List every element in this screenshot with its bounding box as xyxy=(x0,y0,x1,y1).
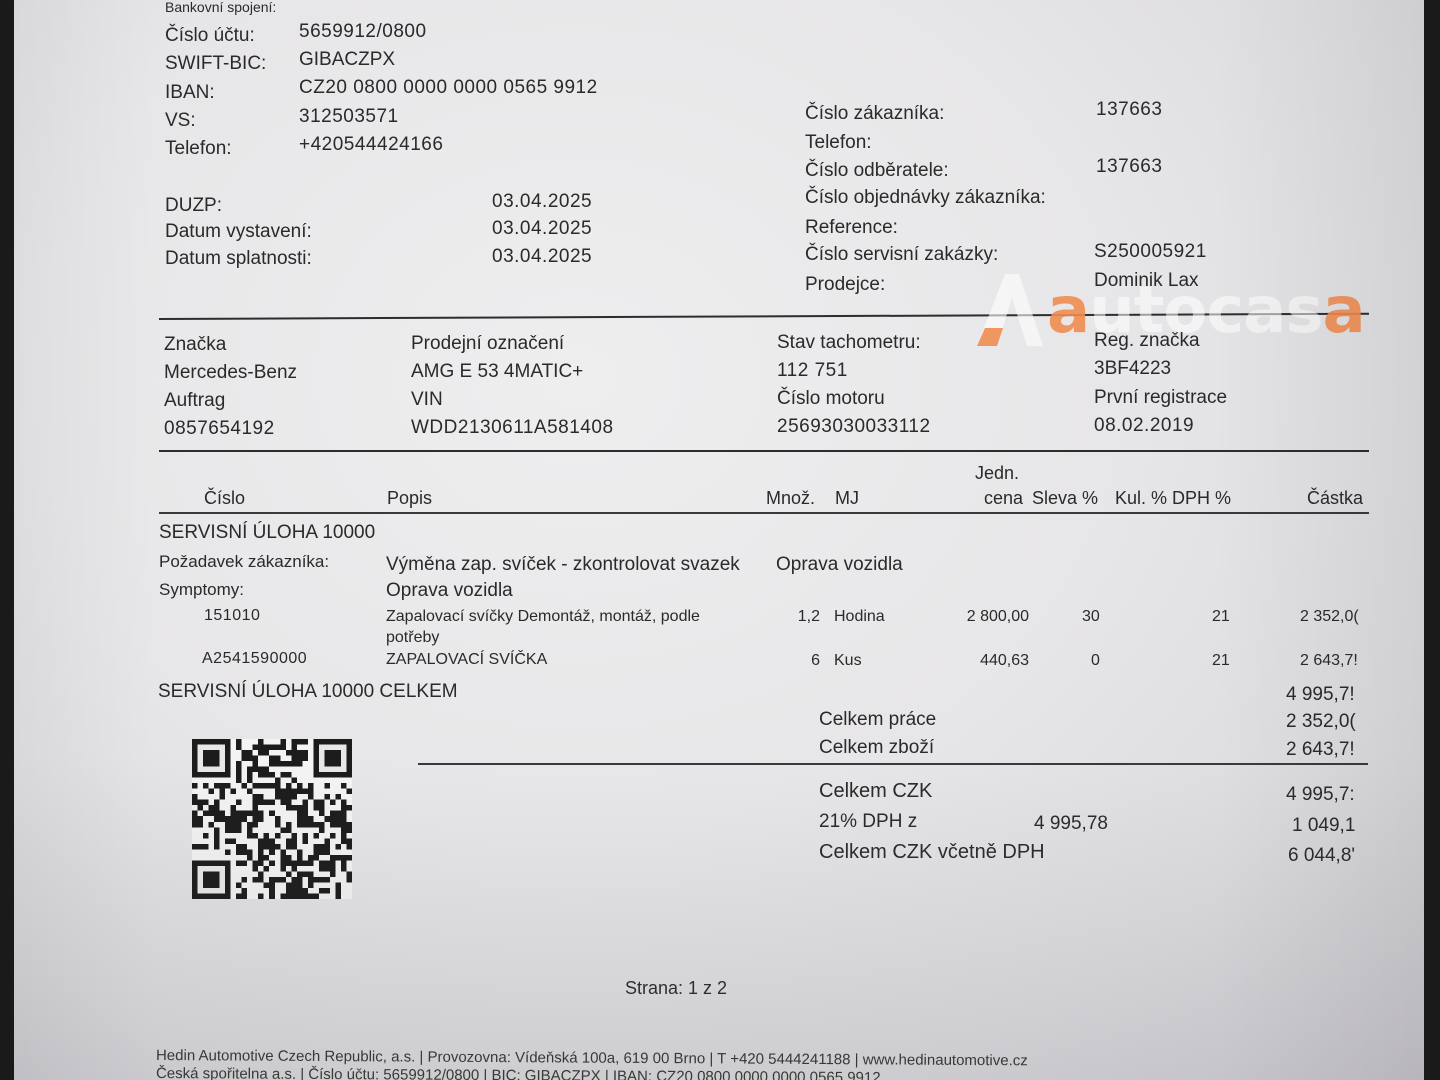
customer-label-order: Číslo objednávky zákazníka: xyxy=(805,188,1046,207)
date-value-issued: 03.04.2025 xyxy=(492,219,592,238)
divider-vehicle-bottom xyxy=(159,450,1369,452)
customer-label-service-order: Číslo servisní zakázky: xyxy=(805,245,998,264)
vehicle-auftrag-value: 0857654192 xyxy=(164,419,275,438)
row1-popis: Zapalovací svíčky Demontáž, montáž, podl… xyxy=(386,609,700,625)
row1-dph: 21 xyxy=(1212,609,1230,625)
customer-label-number: Číslo zákazníka: xyxy=(805,104,944,123)
row1-popis-2: potřeby xyxy=(386,630,439,646)
vehicle-model-label: Prodejní označení xyxy=(411,334,564,353)
vehicle-engine-label: Číslo motoru xyxy=(777,389,885,408)
col-header-dph: DPH % xyxy=(1172,489,1231,507)
goods-total-label: Celkem zboží xyxy=(819,738,934,757)
row1-castka: 2 352,0( xyxy=(1300,609,1359,625)
customer-label-phone: Telefon: xyxy=(805,133,872,152)
request-value-2: Oprava vozidla xyxy=(776,555,903,574)
vehicle-auftrag-label: Auftrag xyxy=(164,391,225,410)
date-value-due: 03.04.2025 xyxy=(492,247,592,266)
bank-label-swift: SWIFT-BIC: xyxy=(165,54,266,73)
row2-popis: ZAPALOVACÍ SVÍČKA xyxy=(386,652,547,668)
col-header-castka: Částka xyxy=(1307,489,1363,507)
col-header-cislo: Číslo xyxy=(204,489,245,507)
row1-sleva: 30 xyxy=(1082,609,1100,625)
col-header-jedn: Jedn. xyxy=(975,464,1019,482)
bank-value-iban: CZ20 0800 0000 0000 0565 9912 xyxy=(299,78,598,97)
vehicle-odometer-value: 112 751 xyxy=(777,361,848,380)
row2-mnoz: 6 xyxy=(754,653,820,669)
vehicle-vin-label: VIN xyxy=(411,390,443,409)
vehicle-brand-label: Značka xyxy=(164,335,226,354)
date-label-issued: Datum vystavení: xyxy=(165,222,312,241)
gross-total-value: 6 044,8' xyxy=(1288,846,1355,865)
request-value: Výměna zap. svíček - zkontrolovat svazek xyxy=(386,555,740,574)
row2-castka: 2 643,7! xyxy=(1300,653,1358,669)
bank-value-phone: +420544424166 xyxy=(299,135,443,154)
divider-totals xyxy=(418,763,1368,765)
vehicle-odometer-label: Stav tachometru: xyxy=(777,333,921,352)
task-total-value: 4 995,7! xyxy=(1286,685,1355,704)
labor-total-value: 2 352,0( xyxy=(1286,712,1356,731)
task-title: SERVISNÍ ÚLOHA 10000 xyxy=(159,523,375,542)
vat-base: 4 995,78 xyxy=(1034,814,1108,833)
col-header-cena: cena xyxy=(984,489,1023,507)
row2-cislo: A2541590000 xyxy=(202,651,307,667)
vehicle-first-reg-value: 08.02.2019 xyxy=(1094,416,1194,435)
labor-total-label: Celkem práce xyxy=(819,710,936,729)
czk-total-label: Celkem CZK xyxy=(819,781,932,801)
bank-value-vs: 312503571 xyxy=(299,107,399,126)
row1-cislo: 151010 xyxy=(204,608,260,624)
task-total-label: SERVISNÍ ÚLOHA 10000 CELKEM xyxy=(158,682,458,701)
page-indicator: Strana: 1 z 2 xyxy=(625,979,727,997)
customer-label-seller: Prodejce: xyxy=(805,275,885,294)
row2-dph: 21 xyxy=(1212,653,1230,669)
payment-qr-code xyxy=(192,738,352,900)
vehicle-first-reg-label: První registrace xyxy=(1094,388,1227,407)
col-header-mnoz: Množ. xyxy=(766,489,815,507)
customer-value-buyer: 137663 xyxy=(1096,157,1162,176)
czk-total-value: 4 995,7: xyxy=(1286,785,1355,804)
row2-mj: Kus xyxy=(834,653,862,669)
col-header-mj: MJ xyxy=(835,489,859,507)
vehicle-engine-value: 25693030033112 xyxy=(777,417,931,436)
bank-heading: Bankovní spojení: xyxy=(165,0,276,14)
autocasa-logo-icon xyxy=(969,270,1049,350)
divider-vehicle-top xyxy=(159,313,1369,320)
vehicle-model-value: AMG E 53 4MATIC+ xyxy=(411,362,583,381)
customer-value-seller: Dominik Lax xyxy=(1094,271,1199,290)
date-value-duzp: 03.04.2025 xyxy=(492,192,592,211)
symptoms-value: Oprava vozidla xyxy=(386,581,513,600)
customer-value-service-order: S250005921 xyxy=(1094,242,1207,261)
date-label-duzp: DUZP: xyxy=(165,196,222,215)
vehicle-plate-label: Reg. značka xyxy=(1094,331,1200,350)
customer-label-buyer: Číslo odběratele: xyxy=(805,161,949,180)
divider-table-header xyxy=(159,512,1369,514)
bank-label-iban: IBAN: xyxy=(165,83,215,102)
vat-value: 1 049,1 xyxy=(1292,816,1355,835)
symptoms-label: Symptomy: xyxy=(159,581,244,598)
invoice-page: Bankovní spojení: Číslo účtu: 5659912/08… xyxy=(14,0,1424,1080)
bank-label-phone: Telefon: xyxy=(165,139,232,158)
row1-mj: Hodina xyxy=(834,609,885,625)
row2-sleva: 0 xyxy=(1091,653,1100,669)
customer-label-reference: Reference: xyxy=(805,218,898,237)
bank-label-vs: VS: xyxy=(165,111,196,130)
bank-value-swift: GIBACZPX xyxy=(299,50,395,69)
vehicle-vin-value: WDD2130611A581408 xyxy=(411,418,614,437)
row1-cena: 2 800,00 xyxy=(914,609,1029,625)
vehicle-plate-value: 3BF4223 xyxy=(1094,359,1171,378)
col-header-popis: Popis xyxy=(387,489,432,507)
customer-value-number: 137663 xyxy=(1096,100,1162,119)
date-label-due: Datum splatnosti: xyxy=(165,249,312,268)
goods-total-value: 2 643,7! xyxy=(1286,740,1355,759)
gross-total-label: Celkem CZK včetně DPH xyxy=(819,842,1045,862)
row2-cena: 440,63 xyxy=(914,653,1029,669)
bank-label-account: Číslo účtu: xyxy=(165,26,255,45)
vehicle-brand-value: Mercedes-Benz xyxy=(164,363,297,382)
row1-mnoz: 1,2 xyxy=(754,609,820,625)
vat-label: 21% DPH z xyxy=(819,812,917,831)
col-header-sleva: Sleva % xyxy=(1032,489,1098,507)
bank-value-account: 5659912/0800 xyxy=(299,22,427,41)
footer-bank: Česká spořitelna a.s. | Číslo účtu: 5659… xyxy=(156,1066,881,1080)
request-label: Požadavek zákazníka: xyxy=(159,553,329,570)
col-header-kul: Kul. % xyxy=(1115,489,1167,507)
